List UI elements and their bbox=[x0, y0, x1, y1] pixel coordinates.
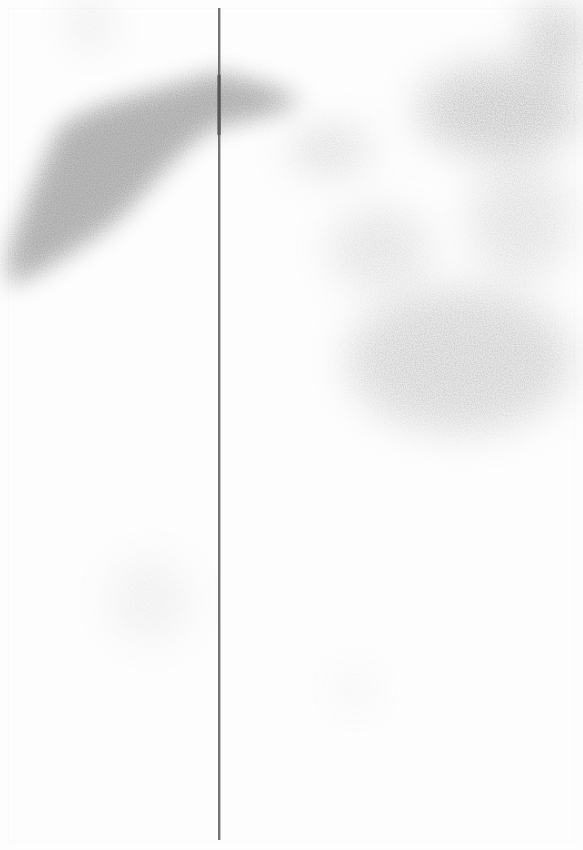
scanned-texture bbox=[0, 0, 583, 850]
texture-canvas bbox=[0, 0, 583, 850]
light-mottled-patches bbox=[0, 0, 583, 850]
